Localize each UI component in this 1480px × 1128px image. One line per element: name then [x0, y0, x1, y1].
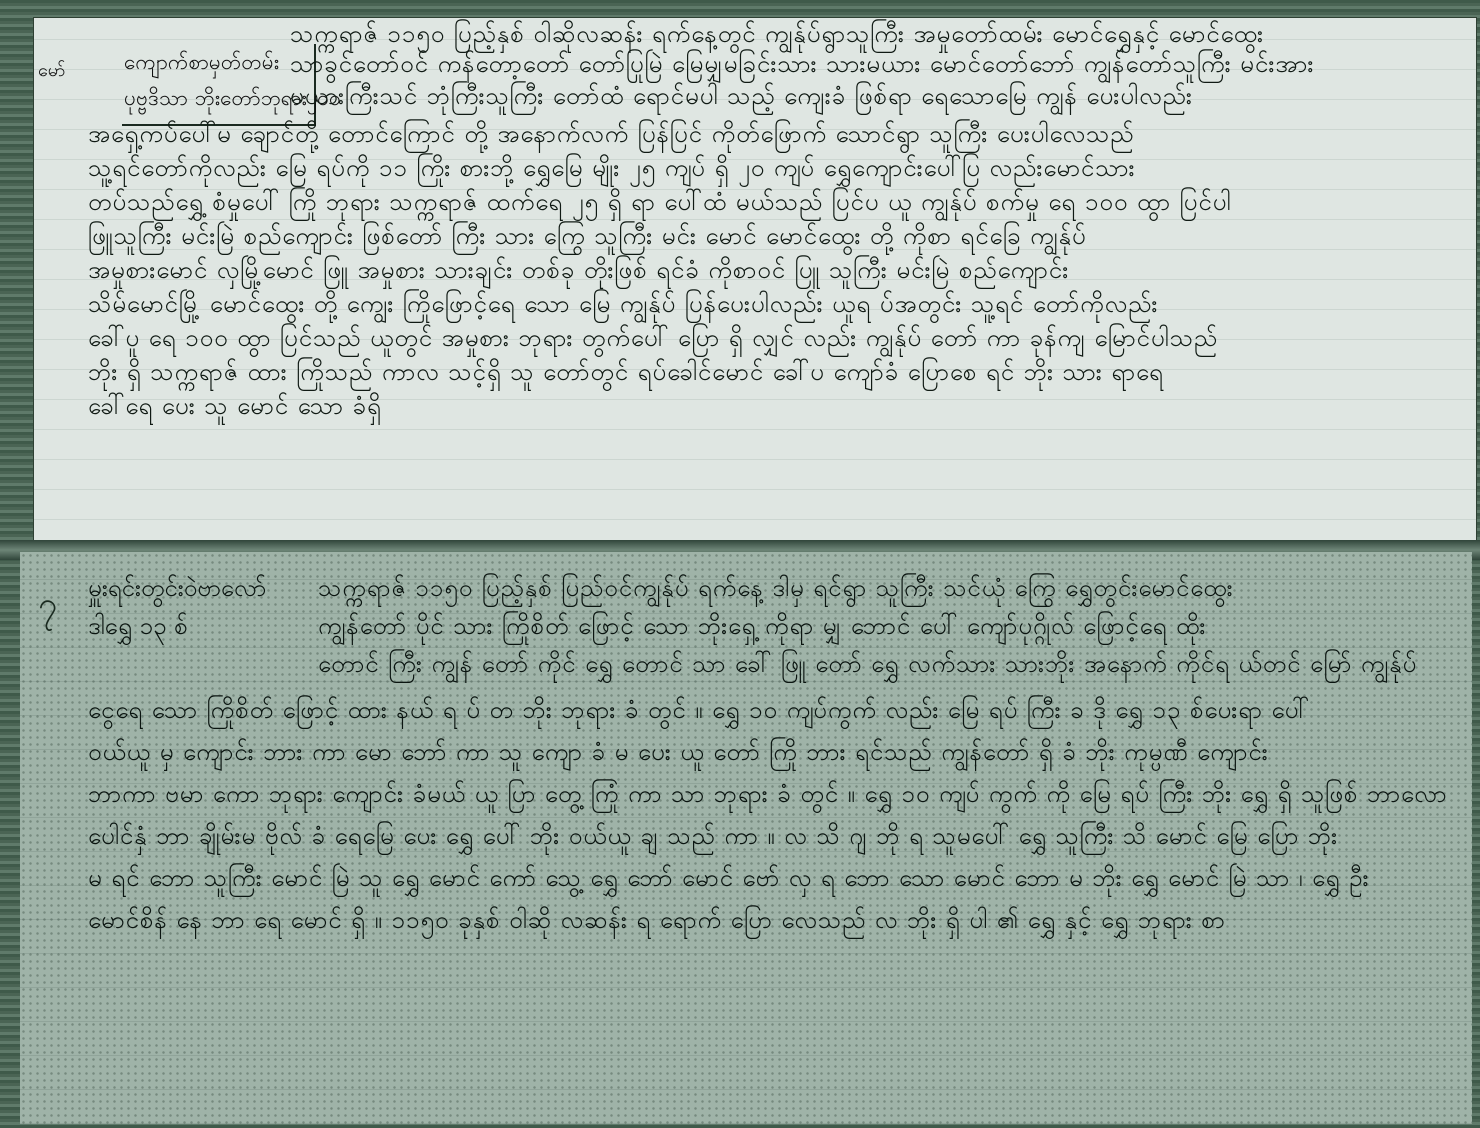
title-line-2: ပုဗ္ဗဒိသာ ဘိုးတော်ဘုရား၂၀၀: [122, 80, 314, 116]
text-line: ပေါင်နှံ ဘာ ချိုမ်းမ ဗိုလ် ခံ ရေမြေ ပေး …: [88, 820, 1448, 856]
text-line: ကျွန်တော် ပိုင် သား ကြိုစိတ် ဖြောင့် သော…: [318, 610, 1448, 646]
text-line: သက္ကရာဇ် ၁၁၅၀ ပြည့်နှစ် ပြည်ဝင်ကျွန်ုပ် …: [318, 572, 1448, 608]
text-line: ဖြူသူကြီး မင်းမြဲ စည်ကျောင်း ဖြစ်တော် ကြ…: [88, 220, 1470, 256]
text-line: ခေါ်ပူ ရေ ၁၀၀ ထွာ ပြင်သည် ယူတွင် အမှုစား…: [88, 322, 1470, 358]
top-folio: မော် ကျောက်စာမှတ်တမ်း ပုဗ္ဗဒိသာ ဘိုးတော်…: [34, 18, 1476, 550]
text-line: အမှုစားမောင် လှမြို့မောင် ဖြူ အမှုစား သာ…: [88, 254, 1470, 290]
text-line: မ ရင် ဘော သူကြီး မောင် မြဲ သူ ရွှေ မောင်…: [88, 862, 1448, 898]
text-line: တောင် ကြီး ကျွန် တော် ကိုင် ရွှေ တောင် သ…: [318, 648, 1448, 684]
text-line: အရှေ့ကပ်ပေါ်မ ချောင်တို့ တောင်ကြောင် တို…: [88, 118, 1470, 154]
text-line: မောင်စိန် နေ ဘာ ရေ မောင် ရှိ ။ ၁၁၅၀ ခုနှ…: [88, 904, 1448, 940]
margin-note: မော်: [38, 58, 65, 85]
page-marker: ၇: [38, 582, 57, 633]
text-line: သူ့ရင်တော်ကိုလည်း မြေ ရပ်ကို ၁၁ ကြိုး စာ…: [88, 152, 1470, 188]
text-line: ငွေရေ သော ကြိုစိတ် ဖြောင့် ထား နယ် ရ ပ် …: [88, 694, 1448, 730]
text-line: ဘာကာ ဗမာ ကော ဘုရား ကျောင်း ခံမယ် ယူ ပြာ …: [88, 778, 1448, 814]
text-line: ဘိုး ရှိ သက္ကရာဇ် ထား ကြိုသည် ကာလ သင့်ရှ…: [88, 356, 1470, 392]
title-line-1: ကျောက်စာမှတ်တမ်း: [122, 44, 314, 80]
text-line: မယားကြီးသင် ဘုံကြီးသူကြီး တော်ထံ ရောင်မပ…: [290, 80, 1470, 116]
text-line: သာခွင်တော်ဝင် ကန်တော့တော် တော်ပြုမြဲ မြေ…: [290, 48, 1470, 84]
text-line: တပ်သည်ရွှေ့ စံမှုပေါ် ကြို ဘုရား သက္ကရာဇ…: [88, 186, 1470, 222]
text-line: ဝယ်ယူ မှ ကျောင်း ဘား ကာ မော ဘော် ကာ သူ က…: [88, 736, 1448, 772]
title-box: ကျောက်စာမှတ်တမ်း ပုဗ္ဗဒိသာ ဘိုးတော်ဘုရား…: [122, 44, 316, 126]
text-line: သိမ်မောင်မြို့ မောင်ထွေး တို့ ကျွေး ကြို…: [88, 288, 1470, 324]
text-line: ခေါ်ရေ ပေး သူ မောင် သော ခံရှိ: [88, 390, 888, 426]
bottom-folio: ၇ မှူးရင်းတွင်းဝဲဗာလော် ဒါရွှေ ၁၃ စ် သက္…: [20, 552, 1472, 1124]
label-line: ဒါရွှေ ၁၃ စ်: [88, 610, 188, 646]
label-line: မှူးရင်းတွင်းဝဲဗာလော်: [88, 572, 266, 608]
